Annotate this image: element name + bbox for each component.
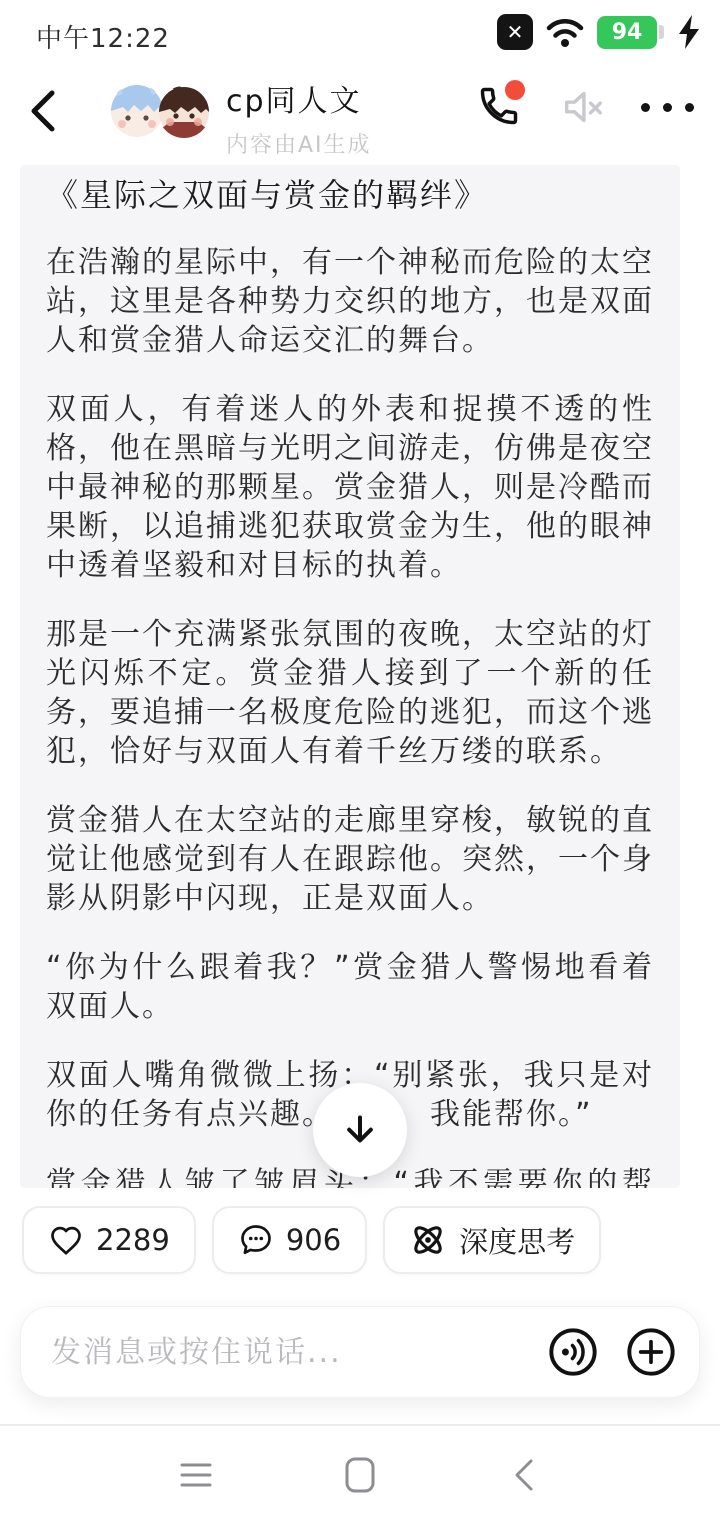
story-paragraph: 那是一个充满紧张氛围的夜晚，太空站的灯光闪烁不定。赏金猎人接到了一个新的任务，要… — [46, 615, 654, 771]
back-button[interactable] — [28, 88, 62, 134]
message-input[interactable] — [51, 1335, 547, 1370]
attach-button[interactable] — [625, 1326, 677, 1378]
home-button[interactable] — [337, 1452, 383, 1498]
scroll-down-icon — [340, 1110, 380, 1150]
scroll-to-bottom-button[interactable] — [313, 1083, 407, 1177]
message-composer — [20, 1306, 700, 1398]
call-button[interactable] — [477, 84, 523, 130]
comment-icon — [238, 1222, 274, 1258]
more-menu-button[interactable] — [641, 84, 694, 130]
story-paragraph: 在浩瀚的星际中，有一个神秘而危险的太空站，这里是各种势力交织的地方，也是双面人和… — [46, 243, 654, 360]
story-title: 《星际之双面与赏金的羁绊》 — [46, 175, 654, 215]
clock: 中午12:22 — [36, 18, 170, 55]
deep-think-label: 深度思考 — [459, 1220, 575, 1261]
plus-icon — [625, 1326, 677, 1378]
story-paragraph: 双面人，有着迷人的外表和捉摸不透的性格，他在黑暗与光明之间游走，仿佛是夜空中最神… — [46, 390, 654, 585]
back-nav-button[interactable] — [501, 1452, 547, 1498]
avatar-blue-character — [110, 84, 164, 138]
back-icon — [28, 89, 58, 133]
avatar-brown-character — [158, 86, 210, 138]
deep-think-button[interactable]: 深度思考 — [383, 1206, 601, 1274]
voice-input-button[interactable] — [547, 1326, 599, 1378]
like-count: 2289 — [96, 1223, 170, 1257]
atom-icon — [409, 1221, 447, 1259]
home-icon — [344, 1456, 376, 1494]
chat-header: cp同人文 内容由AI生成 — [0, 62, 720, 160]
battery-icon: 94 — [597, 16, 664, 49]
heart-icon — [48, 1222, 84, 1258]
comment-button[interactable]: 906 — [212, 1206, 367, 1274]
comment-count: 906 — [286, 1223, 341, 1257]
charging-bolt-icon — [676, 14, 702, 50]
mute-toggle[interactable] — [559, 84, 605, 130]
status-bar: 中午12:22 ✕ 94 — [0, 0, 720, 62]
battery-level: 94 — [597, 16, 657, 49]
story-paragraph: 赏金猎人在太空站的走廊里穿梭，敏锐的直觉让他感觉到有人在跟踪他。突然，一个身影从… — [46, 801, 654, 918]
story-paragraph: “你为什么跟着我？”赏金猎人警惕地看着双面人。 — [46, 948, 654, 1026]
back-nav-icon — [513, 1458, 535, 1492]
menu-icon — [179, 1460, 213, 1490]
chat-title: cp同人文 — [226, 76, 372, 120]
like-button[interactable]: 2289 — [22, 1206, 196, 1274]
sim-disabled-icon: ✕ — [497, 14, 533, 50]
story-content-card[interactable]: 《星际之双面与赏金的羁绊》 在浩瀚的星际中，有一个神秘而危险的太空站，这里是各种… — [20, 165, 680, 1188]
ai-generated-label: 内容由AI生成 — [226, 128, 372, 159]
nav-divider — [0, 1424, 720, 1426]
muted-speaker-icon — [559, 84, 605, 130]
recents-button[interactable] — [173, 1452, 219, 1498]
voice-wave-icon — [547, 1326, 599, 1378]
android-navbar — [0, 1440, 720, 1510]
wifi-icon — [545, 15, 585, 49]
notification-dot — [505, 80, 525, 100]
chat-avatars[interactable] — [110, 78, 214, 144]
